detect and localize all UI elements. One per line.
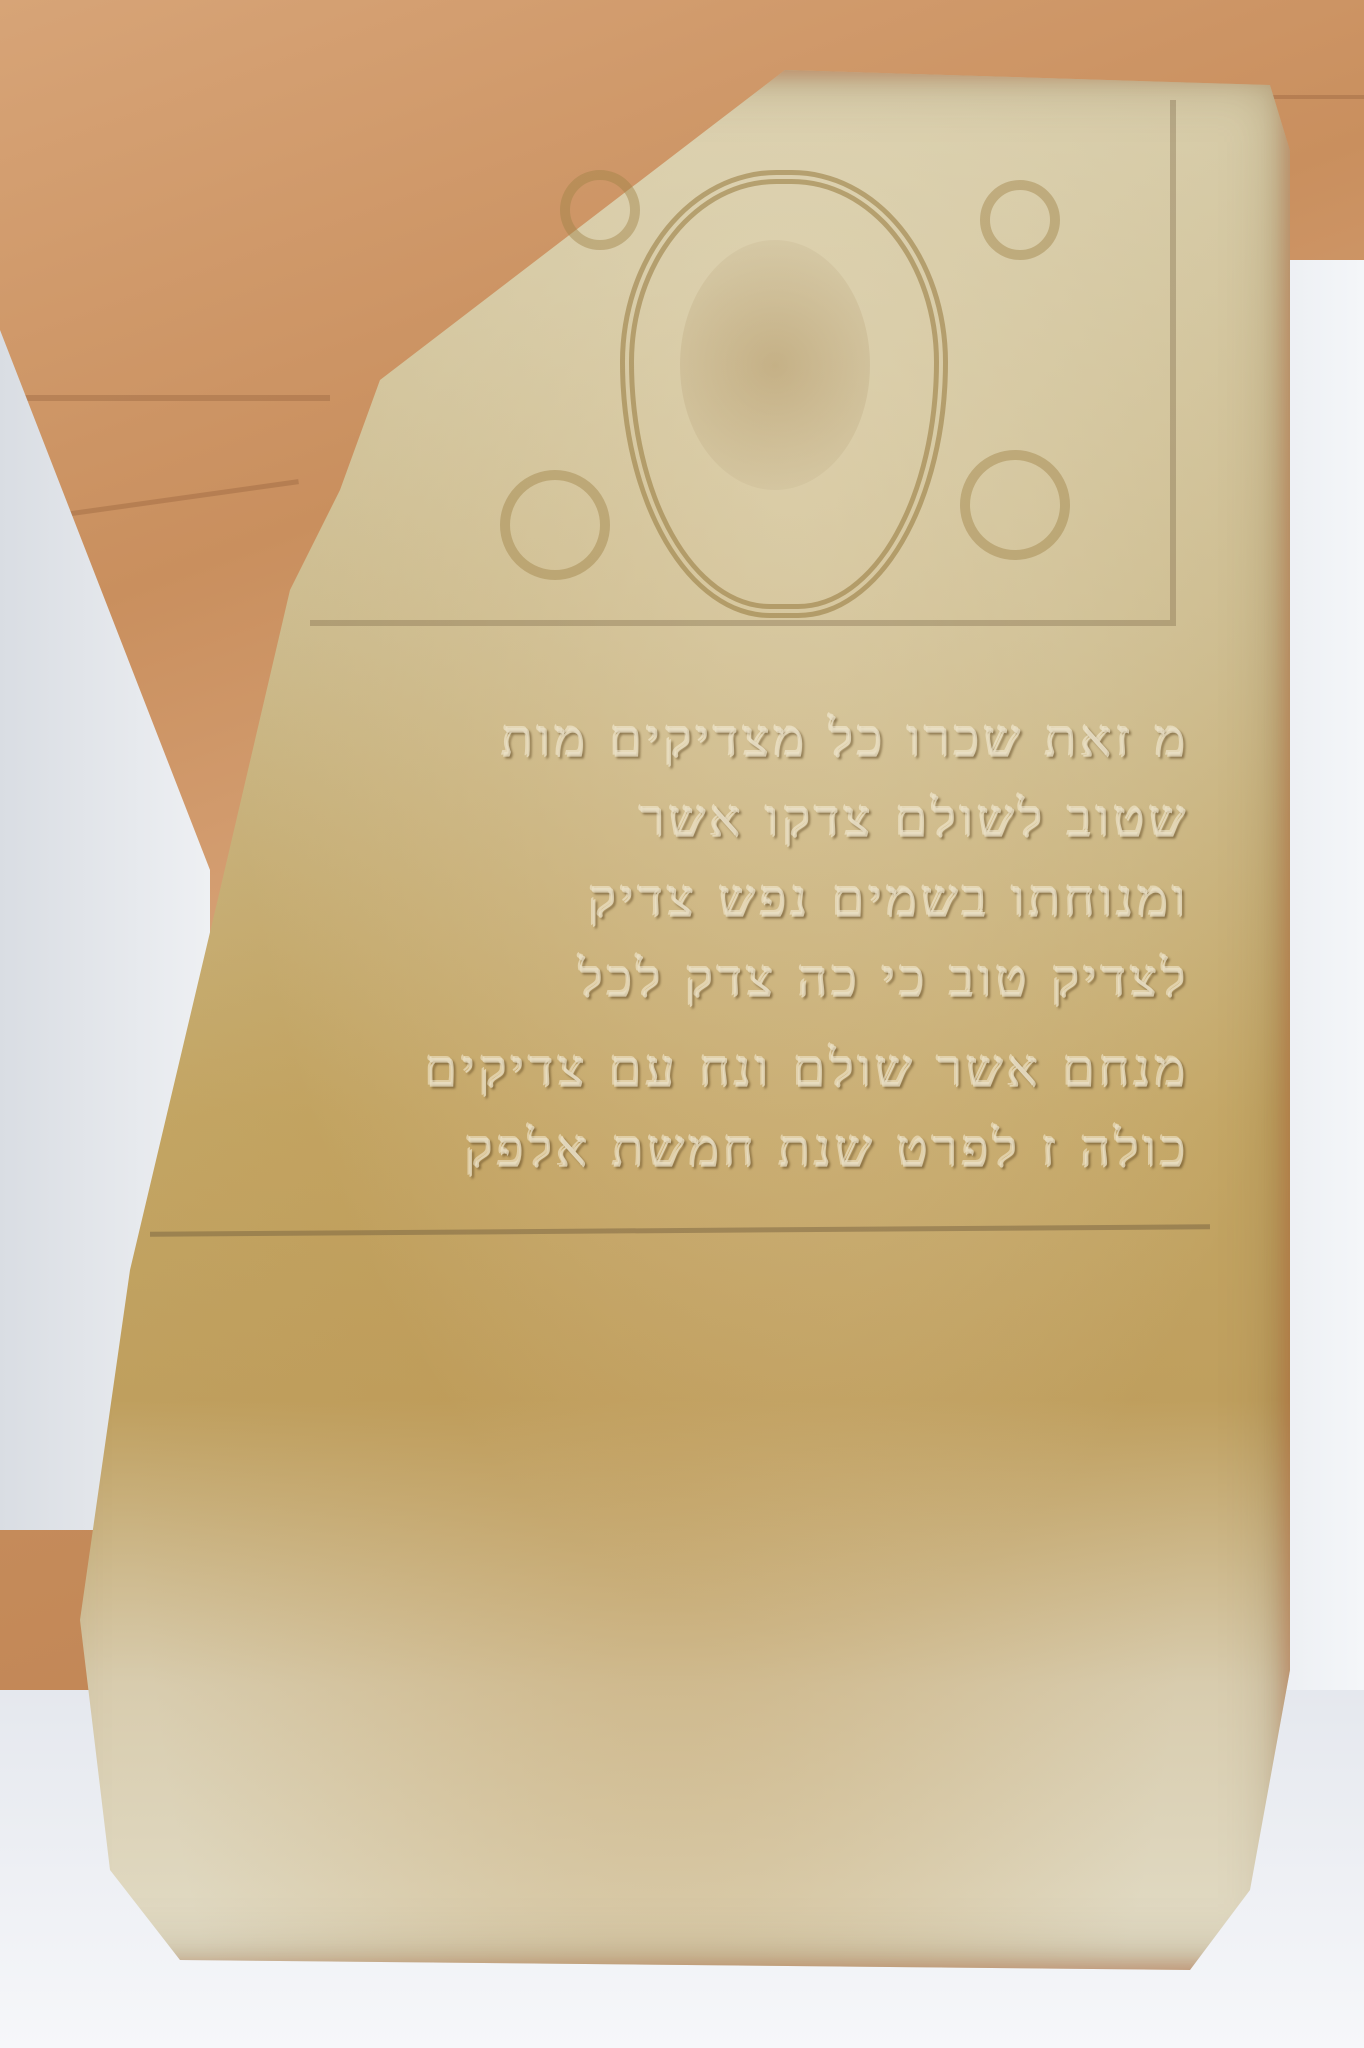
inscription-line-3: ומנוחתו בשמים נפש צדיק	[589, 870, 1190, 930]
hebrew-inscription: מ זאת שכרו כל מצדיקים מות שטוב לשולם צדק…	[150, 640, 1230, 1220]
inscription-line-4: לצדיק טוב כי כה צדק לכל	[579, 950, 1190, 1010]
inscription-line-5: מנחם אשר שולם ונח עם צדיקים	[425, 1040, 1190, 1100]
floor-seam	[0, 395, 330, 401]
cartouche-emblem	[680, 240, 870, 490]
scroll-ornament-right	[960, 450, 1070, 560]
inscription-line-1: מ זאת שכרו כל מצדיקים מות	[502, 710, 1190, 770]
inscription-line-6: כולה ז לפרט שנת חמשת אלפק	[465, 1120, 1190, 1180]
scroll-ornament-top-left	[560, 170, 640, 250]
scroll-ornament-left	[500, 470, 610, 580]
inscription-line-2: שטוב לשולם צדקו אשר	[640, 790, 1190, 850]
scroll-ornament-top-right	[980, 180, 1060, 260]
